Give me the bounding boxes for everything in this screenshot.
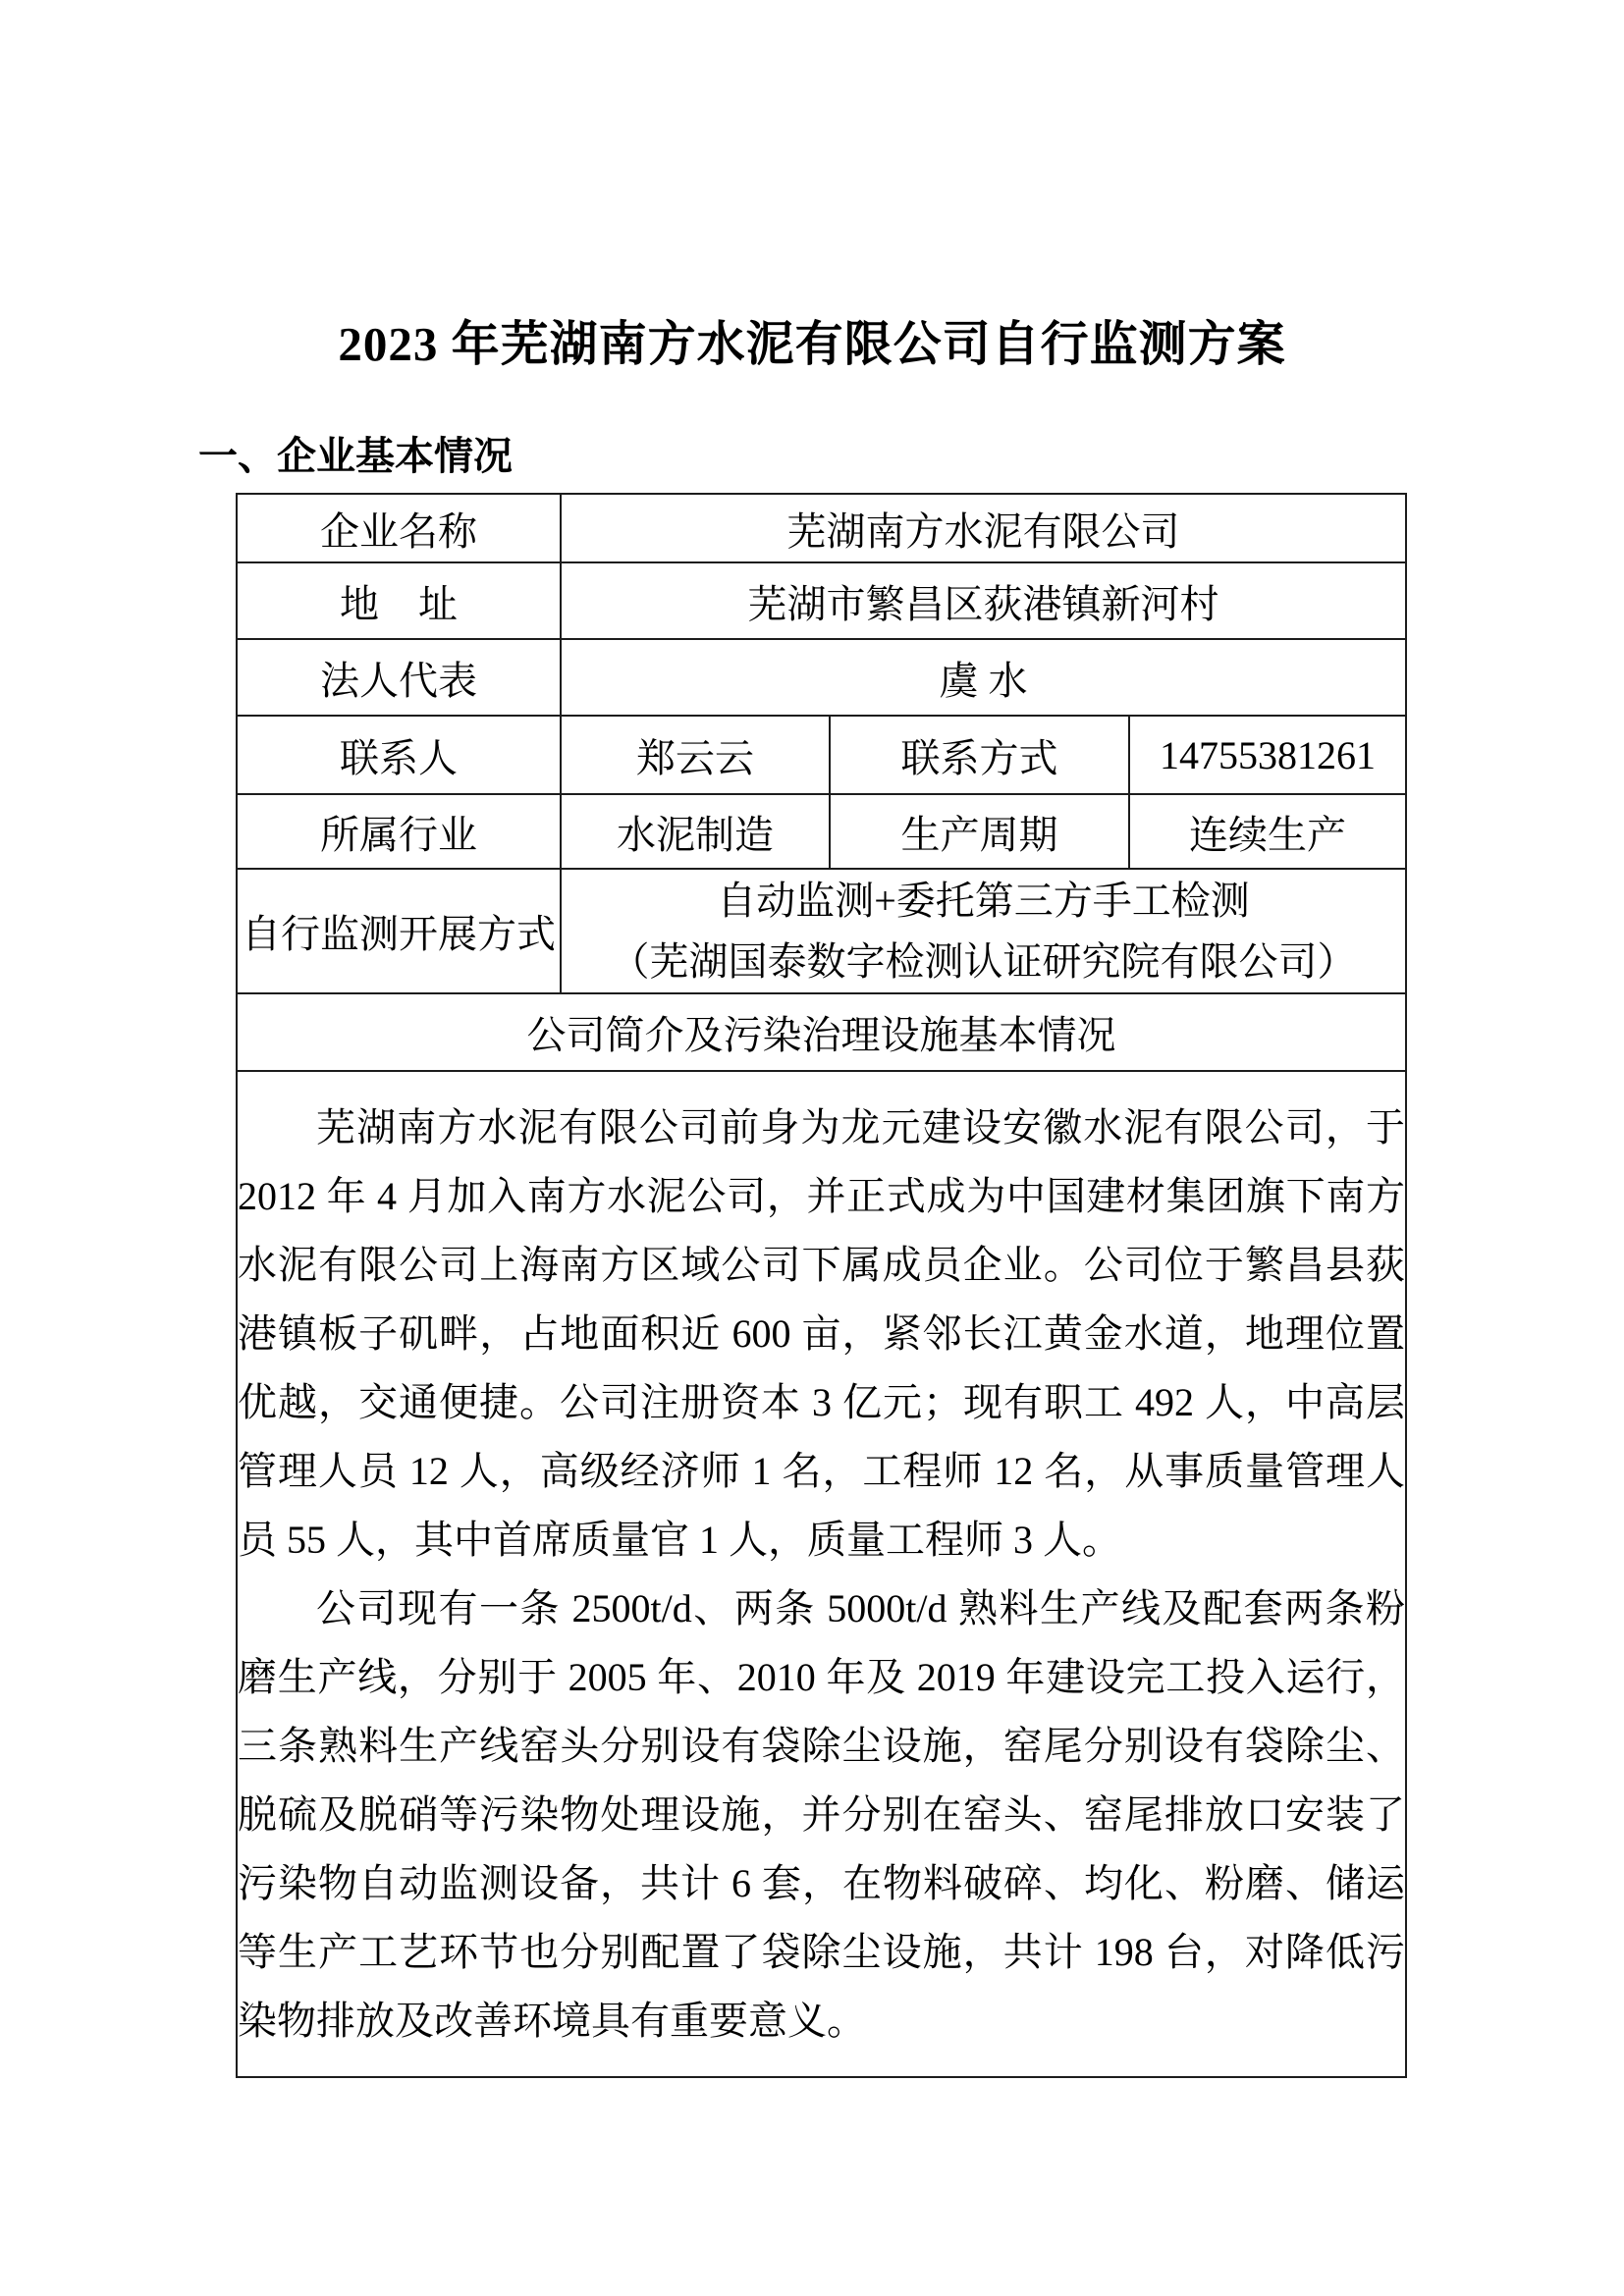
value-contact-method: 14755381261 [1129, 716, 1406, 794]
table-row-monitoring-mode: 自行监测开展方式 自动监测+委托第三方手工检测 （芜湖国泰数字检测认证研究院有限… [237, 869, 1406, 993]
value-address: 芜湖市繁昌区荻港镇新河村 [561, 562, 1406, 639]
label-company-name: 企业名称 [237, 494, 561, 562]
value-legal-rep: 虞 水 [561, 639, 1406, 716]
value-company-name: 芜湖南方水泥有限公司 [561, 494, 1406, 562]
monitoring-mode-line2: （芜湖国泰数字检测认证研究院有限公司） [562, 932, 1405, 992]
label-contact-person: 联系人 [237, 716, 561, 794]
table-row-intro-header: 公司简介及污染治理设施基本情况 [237, 993, 1406, 1071]
intro-paragraph-2: 公司现有一条 2500t/d、两条 5000t/d 熟料生产线及配套两条粉磨生产… [238, 1575, 1405, 2056]
value-monitoring-mode: 自动监测+委托第三方手工检测 （芜湖国泰数字检测认证研究院有限公司） [561, 869, 1406, 993]
label-legal-rep: 法人代表 [237, 639, 561, 716]
table-row-legal-rep: 法人代表 虞 水 [237, 639, 1406, 716]
table-row-contact: 联系人 郑云云 联系方式 14755381261 [237, 716, 1406, 794]
table-row-address: 地 址 芜湖市繁昌区荻港镇新河村 [237, 562, 1406, 639]
label-contact-method: 联系方式 [830, 716, 1129, 794]
label-address: 地 址 [237, 562, 561, 639]
value-industry: 水泥制造 [561, 794, 830, 869]
label-industry: 所属行业 [237, 794, 561, 869]
intro-cell: 芜湖南方水泥有限公司前身为龙元建设安徽水泥有限公司，于 2012 年 4 月加入… [237, 1071, 1406, 2077]
page-title: 2023 年芜湖南方水泥有限公司自行监测方案 [0, 316, 1624, 374]
monitoring-mode-line1: 自动监测+委托第三方手工检测 [562, 871, 1405, 932]
table-row-industry: 所属行业 水泥制造 生产周期 连续生产 [237, 794, 1406, 869]
document-page: 2023 年芜湖南方水泥有限公司自行监测方案 一、企业基本情况 企业名称 芜湖南… [0, 0, 1624, 2296]
table-row-intro: 芜湖南方水泥有限公司前身为龙元建设安徽水泥有限公司，于 2012 年 4 月加入… [237, 1071, 1406, 2077]
basic-info-table: 企业名称 芜湖南方水泥有限公司 地 址 芜湖市繁昌区荻港镇新河村 法人代表 虞 … [236, 493, 1407, 2078]
table-row-company-name: 企业名称 芜湖南方水泥有限公司 [237, 494, 1406, 562]
intro-header: 公司简介及污染治理设施基本情况 [237, 993, 1406, 1071]
section-heading: 一、企业基本情况 [198, 434, 513, 479]
intro-paragraph-1: 芜湖南方水泥有限公司前身为龙元建设安徽水泥有限公司，于 2012 年 4 月加入… [238, 1094, 1405, 1575]
label-production-cycle: 生产周期 [830, 794, 1129, 869]
value-contact-person: 郑云云 [561, 716, 830, 794]
label-monitoring-mode: 自行监测开展方式 [237, 869, 561, 993]
value-production-cycle: 连续生产 [1129, 794, 1406, 869]
